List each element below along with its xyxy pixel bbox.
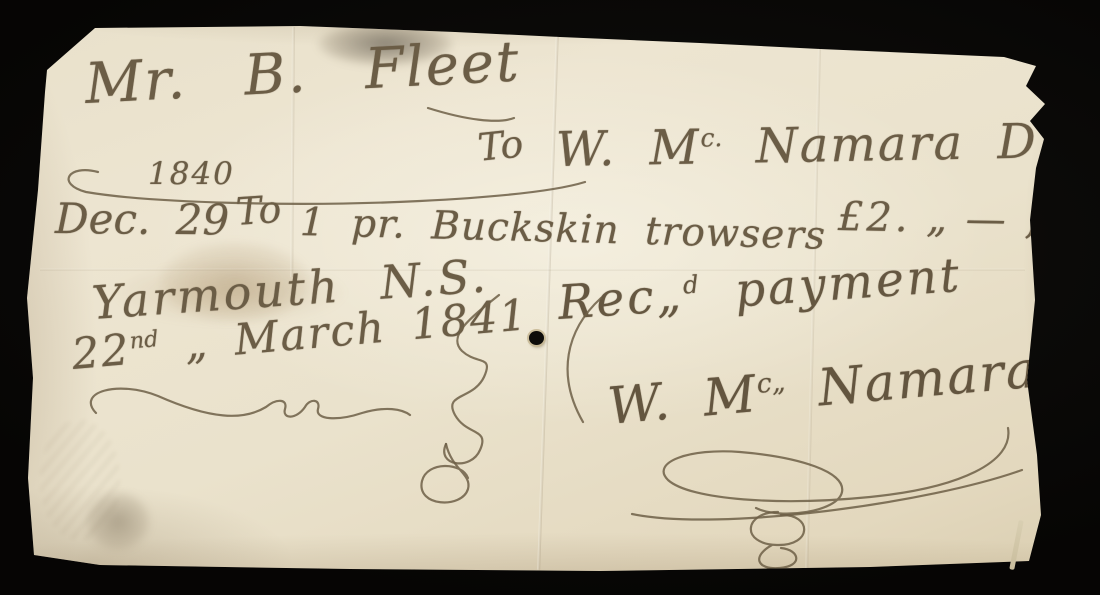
- entry-date-text: Dec. 29: [55, 194, 230, 245]
- year-label: 1840: [148, 156, 235, 192]
- receipt-paper: Mr. B. Fleet To W. Mc. Namara Dr, 1840 D…: [0, 0, 1100, 595]
- entry-to-text: To: [234, 187, 282, 234]
- to-word-heading: To: [476, 121, 526, 169]
- receipt-date-day: 22: [70, 325, 133, 380]
- entry-amount-text: £2. „ — „: [838, 194, 1049, 244]
- to-word-text: To: [476, 121, 526, 169]
- creditor-line: W. Mc. Namara Dr,: [556, 113, 1076, 178]
- received-text-1: Rec„: [556, 267, 685, 331]
- entry-date: Dec. 29: [55, 194, 230, 245]
- photo-background: Mr. B. Fleet To W. Mc. Namara Dr, 1840 D…: [0, 0, 1100, 595]
- signature-superscript: c„: [755, 367, 786, 400]
- punch-hole: [529, 331, 544, 345]
- entry-to-word: To: [234, 187, 282, 234]
- entry-amount: £2. „ — „: [838, 194, 1049, 244]
- creditor-superscript: c.: [700, 123, 722, 152]
- smudge-streaks-lower-left: [40, 420, 120, 540]
- receipt-date-ordinal: nd: [129, 326, 160, 354]
- creditor-text-1: W. M: [556, 119, 702, 178]
- creditor-text-2: Namara Dr,: [722, 113, 1075, 175]
- year-text: 1840: [148, 156, 235, 192]
